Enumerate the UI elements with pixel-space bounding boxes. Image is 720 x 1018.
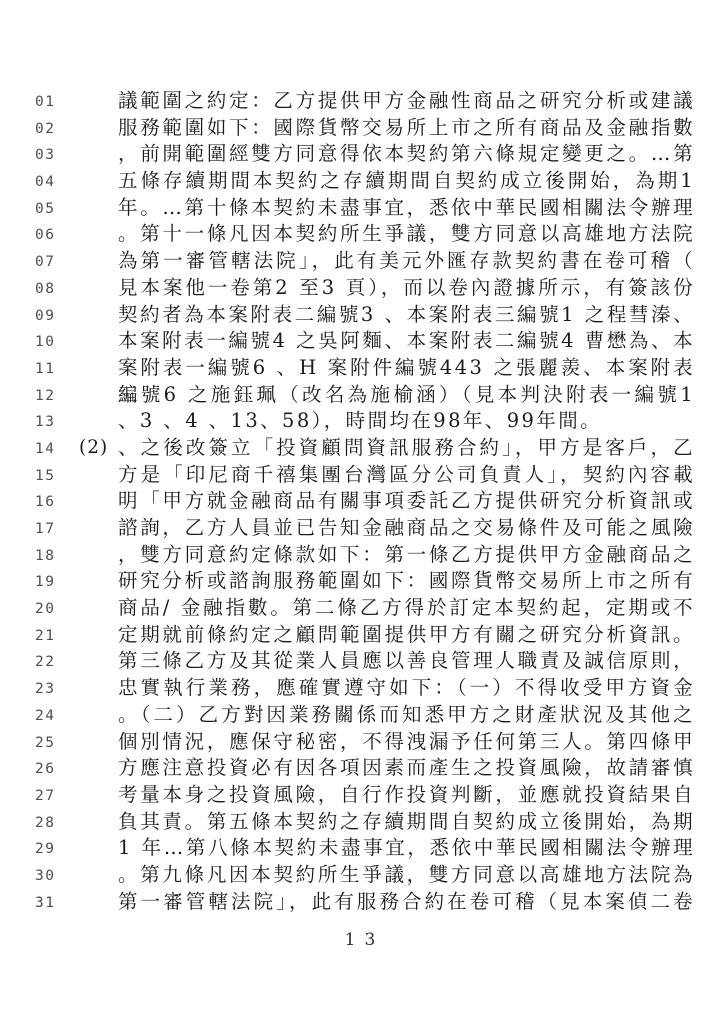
document-line: 31 第一審管轄法院」，此有服務合約在卷可稽（見本案偵二卷 — [0, 889, 720, 916]
document-line: 19 研究分析或諮詢服務範圍如下：國際貨幣交易所上市之所有 — [0, 568, 720, 595]
line-number: 11 — [35, 356, 55, 383]
line-text: 服務範圍如下：國際貨幣交易所上市之所有商品及金融指數 — [118, 115, 695, 142]
line-text: 年。…第十條本契約未盡事宜，悉依中華民國相關法令辦理 — [118, 195, 695, 222]
line-number: 16 — [35, 489, 55, 516]
document-line: 03 ，前開範圍經雙方同意得依本契約第六條規定變更之。…第 — [0, 141, 720, 168]
line-text: 個別情況，應保守秘密，不得洩漏予任何第三人。第四條甲 — [118, 729, 695, 756]
document-line: 17 諮詢，乙方人員並已告知金融商品之交易條件及可能之風險 — [0, 515, 720, 542]
line-number: 18 — [35, 543, 55, 570]
line-number: 25 — [35, 730, 55, 757]
line-text: 商品/ 金融指數。第二條乙方得於訂定本契約起，定期或不 — [118, 595, 695, 622]
line-text: 五條存續期間本契約之存續期間自契約成立後開始，為期1 — [118, 168, 695, 195]
line-number: 30 — [35, 863, 55, 890]
document-line: 04 五條存續期間本契約之存續期間自契約成立後開始，為期1 — [0, 168, 720, 195]
document-line: 18 ，雙方同意約定條款如下：第一條乙方提供甲方金融商品之 — [0, 542, 720, 569]
line-text: ，雙方同意約定條款如下：第一條乙方提供甲方金融商品之 — [118, 542, 695, 569]
document-line: 22 第三條乙方及其從業人員應以善良管理人職責及誠信原則， — [0, 648, 720, 675]
line-number: 23 — [35, 676, 55, 703]
document-line: 27 考量本身之投資風險，自行作投資判斷，並應就投資結果自 — [0, 782, 720, 809]
line-text: 研究分析或諮詢服務範圍如下：國際貨幣交易所上市之所有 — [118, 568, 695, 595]
line-text: 第一審管轄法院」，此有服務合約在卷可稽（見本案偵二卷 — [118, 889, 695, 916]
line-text: 定期就前條約定之顧問範圍提供甲方有關之研究分析資訊。 — [118, 622, 695, 649]
document-line: 26 方應注意投資必有因各項因素而產生之投資風險，故請審慎 — [0, 755, 720, 782]
line-text: 明「甲方就金融商品有關事項委託乙方提供研究分析資訊或 — [118, 488, 695, 515]
line-text: 。（二）乙方對因業務關係而知悉甲方之財產狀況及其他之 — [118, 702, 695, 729]
line-number: 07 — [35, 249, 55, 276]
line-text: 議範圍之約定：乙方提供甲方金融性商品之研究分析或建議 — [118, 88, 695, 115]
line-number: 31 — [35, 890, 55, 917]
line-number: 28 — [35, 810, 55, 837]
page-number: 13 — [0, 930, 720, 950]
document-line: 05 年。…第十條本契約未盡事宜，悉依中華民國相關法令辦理 — [0, 195, 720, 222]
line-number: 15 — [35, 463, 55, 490]
line-text: 負其責。第五條本契約之存續期間自契約成立後開始，為期 — [118, 809, 695, 836]
line-number: 10 — [35, 329, 55, 356]
line-number: 27 — [35, 783, 55, 810]
line-number: 12 — [35, 383, 55, 410]
line-number: 04 — [35, 169, 55, 196]
line-text: 第三條乙方及其從業人員應以善良管理人職責及誠信原則， — [118, 648, 695, 675]
line-text: 。第九條凡因本契約所生爭議，雙方同意以高雄地方法院為 — [118, 862, 695, 889]
line-text: 方應注意投資必有因各項因素而產生之投資風險，故請審慎 — [118, 755, 695, 782]
document-line: 12 編號6 之施鈺珮（改名為施榆涵）（見本判決附表一編號1 — [0, 382, 720, 409]
line-text: 。第十一條凡因本契約所生爭議，雙方同意以高雄地方法院 — [118, 221, 695, 248]
line-marker: (2) — [79, 435, 108, 462]
line-text: 方是「印尼商千禧集團台灣區分公司負責人」，契約內容載 — [118, 462, 695, 489]
line-number: 26 — [35, 756, 55, 783]
line-text: 本案附表一編號4 之吳阿麵、本案附表二編號4 曹懋為、本 — [118, 328, 695, 355]
document-line: 21 定期就前條約定之顧問範圍提供甲方有關之研究分析資訊。 — [0, 622, 720, 649]
line-text: ，前開範圍經雙方同意得依本契約第六條規定變更之。…第 — [118, 141, 695, 168]
line-text: 忠實執行業務，應確實遵守如下：（一）不得收受甲方資金 — [118, 675, 695, 702]
document-line: 02 服務範圍如下：國際貨幣交易所上市之所有商品及金融指數 — [0, 115, 720, 142]
line-number: 14 — [35, 436, 55, 463]
document-line: 23 忠實執行業務，應確實遵守如下：（一）不得收受甲方資金 — [0, 675, 720, 702]
line-text: 為第一審管轄法院」，此有美元外匯存款契約書在卷可稽（ — [118, 248, 695, 275]
document-line: 28 負其責。第五條本契約之存續期間自契約成立後開始，為期 — [0, 809, 720, 836]
line-text: 、3 、4 、13、58），時間均在98年、99年間。 — [118, 408, 695, 435]
document-line: 29 1 年…第八條本契約未盡事宜，悉依中華民國相關法令辦理 — [0, 835, 720, 862]
line-number: 01 — [35, 89, 55, 116]
document-line: 06 。第十一條凡因本契約所生爭議，雙方同意以高雄地方法院 — [0, 221, 720, 248]
line-number: 24 — [35, 703, 55, 730]
line-number: 13 — [35, 409, 55, 436]
line-text: 考量本身之投資風險，自行作投資判斷，並應就投資結果自 — [118, 782, 695, 809]
document-line: 07 為第一審管轄法院」，此有美元外匯存款契約書在卷可稽（ — [0, 248, 720, 275]
line-number: 20 — [35, 596, 55, 623]
line-number: 19 — [35, 569, 55, 596]
line-text: 見本案他一卷第2 至3 頁），而以卷內證據所示，有簽該份 — [118, 275, 695, 302]
document-line: 08 見本案他一卷第2 至3 頁），而以卷內證據所示，有簽該份 — [0, 275, 720, 302]
document-line: 14 (2) 、之後改簽立「投資顧問資訊服務合約」，甲方是客戶，乙 — [0, 435, 720, 462]
document-line: 11 案附表一編號6 、H 案附件編號443 之張麗羨、本案附表三 — [0, 355, 720, 382]
line-number: 05 — [35, 196, 55, 223]
line-text: 、之後改簽立「投資顧問資訊服務合約」，甲方是客戶，乙 — [118, 435, 695, 462]
line-number: 22 — [35, 649, 55, 676]
line-number: 21 — [35, 623, 55, 650]
line-number: 08 — [35, 276, 55, 303]
document-line: 09 契約者為本案附表二編號3 、本案附表三編號1 之程彗溱、 — [0, 302, 720, 329]
line-text: 編號6 之施鈺珮（改名為施榆涵）（見本判決附表一編號1 — [118, 382, 695, 409]
line-number: 29 — [35, 836, 55, 863]
line-number: 06 — [35, 222, 55, 249]
document-line: 01 議範圍之約定：乙方提供甲方金融性商品之研究分析或建議 — [0, 88, 720, 115]
document-line: 24 。（二）乙方對因業務關係而知悉甲方之財產狀況及其他之 — [0, 702, 720, 729]
document-line: 30 。第九條凡因本契約所生爭議，雙方同意以高雄地方法院為 — [0, 862, 720, 889]
document-line: 16 明「甲方就金融商品有關事項委託乙方提供研究分析資訊或 — [0, 488, 720, 515]
line-text: 諮詢，乙方人員並已告知金融商品之交易條件及可能之風險 — [118, 515, 695, 542]
document-line: 20 商品/ 金融指數。第二條乙方得於訂定本契約起，定期或不 — [0, 595, 720, 622]
document-line: 15 方是「印尼商千禧集團台灣區分公司負責人」，契約內容載 — [0, 462, 720, 489]
line-text: 契約者為本案附表二編號3 、本案附表三編號1 之程彗溱、 — [118, 302, 695, 329]
text-block: 01 議範圍之約定：乙方提供甲方金融性商品之研究分析或建議 02 服務範圍如下：… — [0, 88, 720, 915]
document-line: 25 個別情況，應保守秘密，不得洩漏予任何第三人。第四條甲 — [0, 729, 720, 756]
document-page: 01 議範圍之約定：乙方提供甲方金融性商品之研究分析或建議 02 服務範圍如下：… — [0, 0, 720, 1018]
line-text: 1 年…第八條本契約未盡事宜，悉依中華民國相關法令辦理 — [118, 835, 695, 862]
document-line: 13 、3 、4 、13、58），時間均在98年、99年間。 — [0, 408, 720, 435]
document-line: 10 本案附表一編號4 之吳阿麵、本案附表二編號4 曹懋為、本 — [0, 328, 720, 355]
line-number: 09 — [35, 303, 55, 330]
line-number: 02 — [35, 116, 55, 143]
line-number: 03 — [35, 142, 55, 169]
line-number: 17 — [35, 516, 55, 543]
